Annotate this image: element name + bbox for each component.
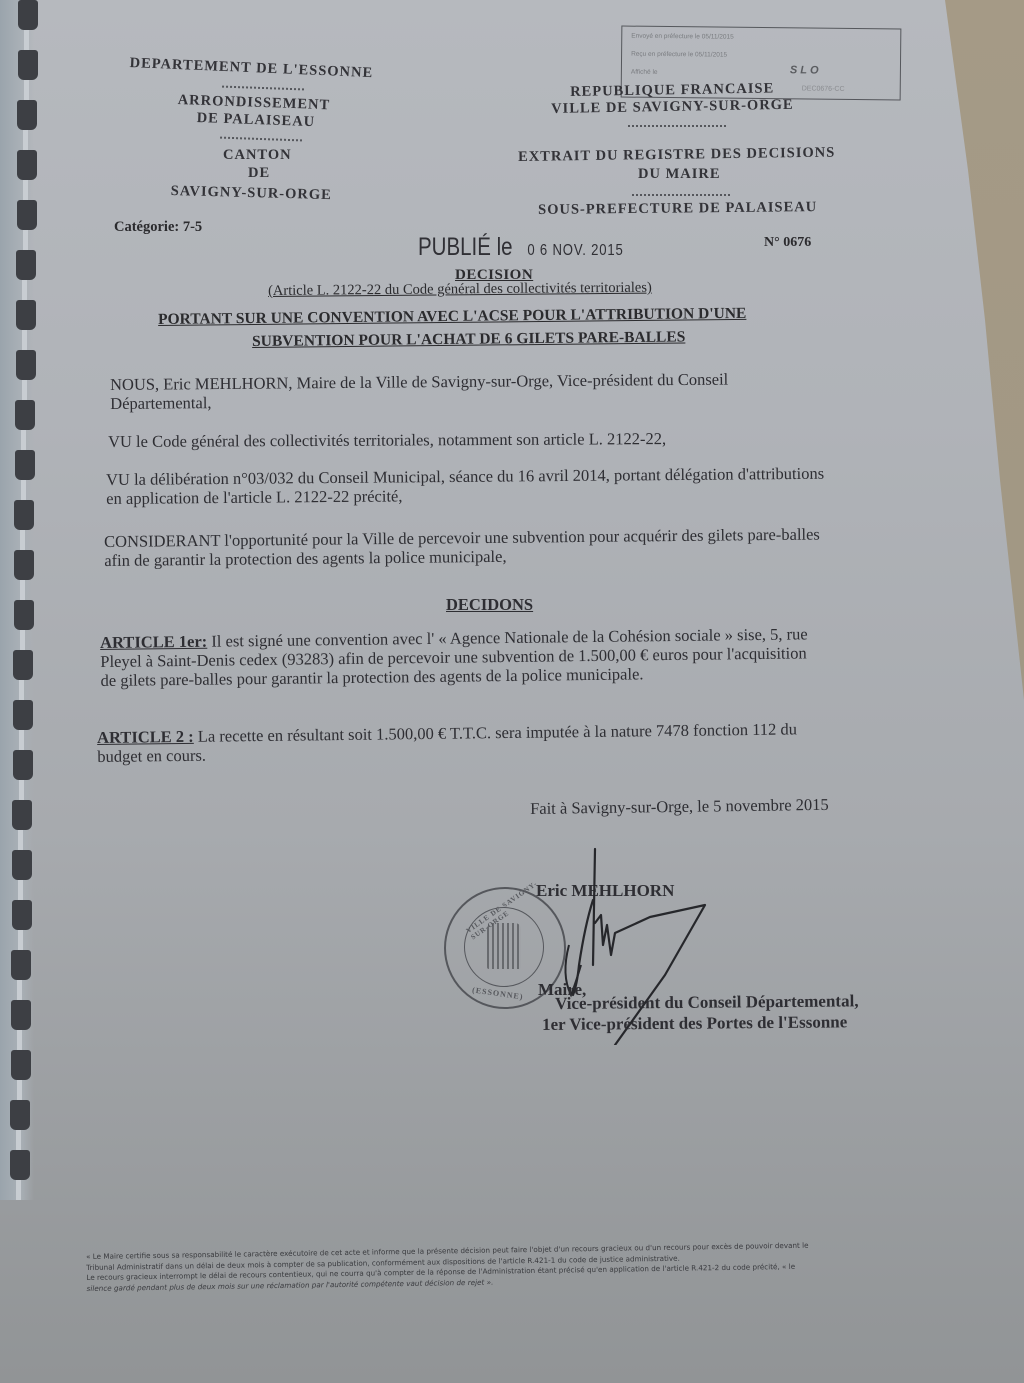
canton-heading: CANTON (223, 147, 292, 164)
published-stamp: PUBLIÉ le0 6 NOV. 2015 (418, 233, 624, 262)
binding-ring (10, 1150, 30, 1180)
preamble-considerant: CONSIDERANT l'opportunité pour la Ville … (104, 525, 820, 570)
stamp-reference: DEC0676-CC (802, 85, 845, 92)
binding-ring (13, 750, 33, 780)
binding-ring (10, 1100, 30, 1130)
binding-ring (14, 600, 34, 630)
sub-prefecture-heading: SOUS-PREFECTURE DE PALAISEAU (538, 199, 817, 219)
decidons-heading: DECIDONS (446, 595, 533, 614)
binding-ring (15, 400, 35, 430)
binding-ring (18, 50, 38, 80)
divider (632, 194, 730, 197)
published-label: PUBLIÉ le (418, 233, 513, 261)
binding-ring (11, 1000, 31, 1030)
binding-ring (18, 0, 38, 30)
binding-ring (16, 250, 36, 280)
binding-ring (17, 200, 37, 230)
city-emblem-icon (487, 923, 521, 969)
document-page (0, 0, 1024, 1383)
binding-ring (15, 450, 35, 480)
binding-ring (11, 1050, 31, 1080)
preamble-nous: NOUS, Eric MEHLHORN, Maire de la Ville d… (110, 370, 728, 413)
article-1-label: ARTICLE 1er: (100, 632, 207, 652)
canton-de: DE (248, 165, 270, 182)
published-date: 0 6 NOV. 2015 (527, 242, 623, 259)
stamp-received-date: Reçu en préfecture le 05/11/2015 (631, 51, 727, 59)
signatory-title-first-vice-president: 1er Vice-président des Portes de l'Esson… (542, 1012, 847, 1035)
stamp-sent-date: Envoyé en préfecture le 05/11/2015 (631, 33, 734, 41)
binding-ring (12, 900, 32, 930)
binding-ring (14, 550, 34, 580)
binding-ring (17, 100, 37, 130)
category-label: Catégorie: 7-5 (114, 219, 202, 236)
legal-basis: (Article L. 2122-22 du Code général des … (268, 280, 652, 300)
binding-ring (13, 650, 33, 680)
decision-number: N° 0676 (764, 235, 811, 251)
binding-ring (12, 800, 32, 830)
binding-ring (16, 300, 36, 330)
binding-ring (16, 350, 36, 380)
binding-ring (17, 150, 37, 180)
binding-ring (12, 850, 32, 880)
binding-ring (13, 700, 33, 730)
stamp-posted: Affiché le (631, 69, 658, 76)
binding-ring (11, 950, 31, 980)
preamble-vu-code: VU le Code général des collectivités ter… (108, 429, 666, 451)
signatory-title-vice-president: Vice-président du Conseil Départemental, (555, 991, 859, 1014)
spiral-binding (0, 0, 34, 1200)
register-extract-subheading: DU MAIRE (638, 166, 721, 183)
divider (628, 125, 726, 128)
article-1: ARTICLE 1er: Il est signé une convention… (100, 624, 808, 690)
seal-bottom-text: (ESSONNE) (472, 985, 524, 1001)
article-2-label: ARTICLE 2 : (97, 727, 194, 747)
binding-ring (14, 500, 34, 530)
stamp-code: SLO (790, 64, 822, 76)
preamble-vu-deliberation: VU la délibération n°03/032 du Conseil M… (106, 464, 824, 508)
